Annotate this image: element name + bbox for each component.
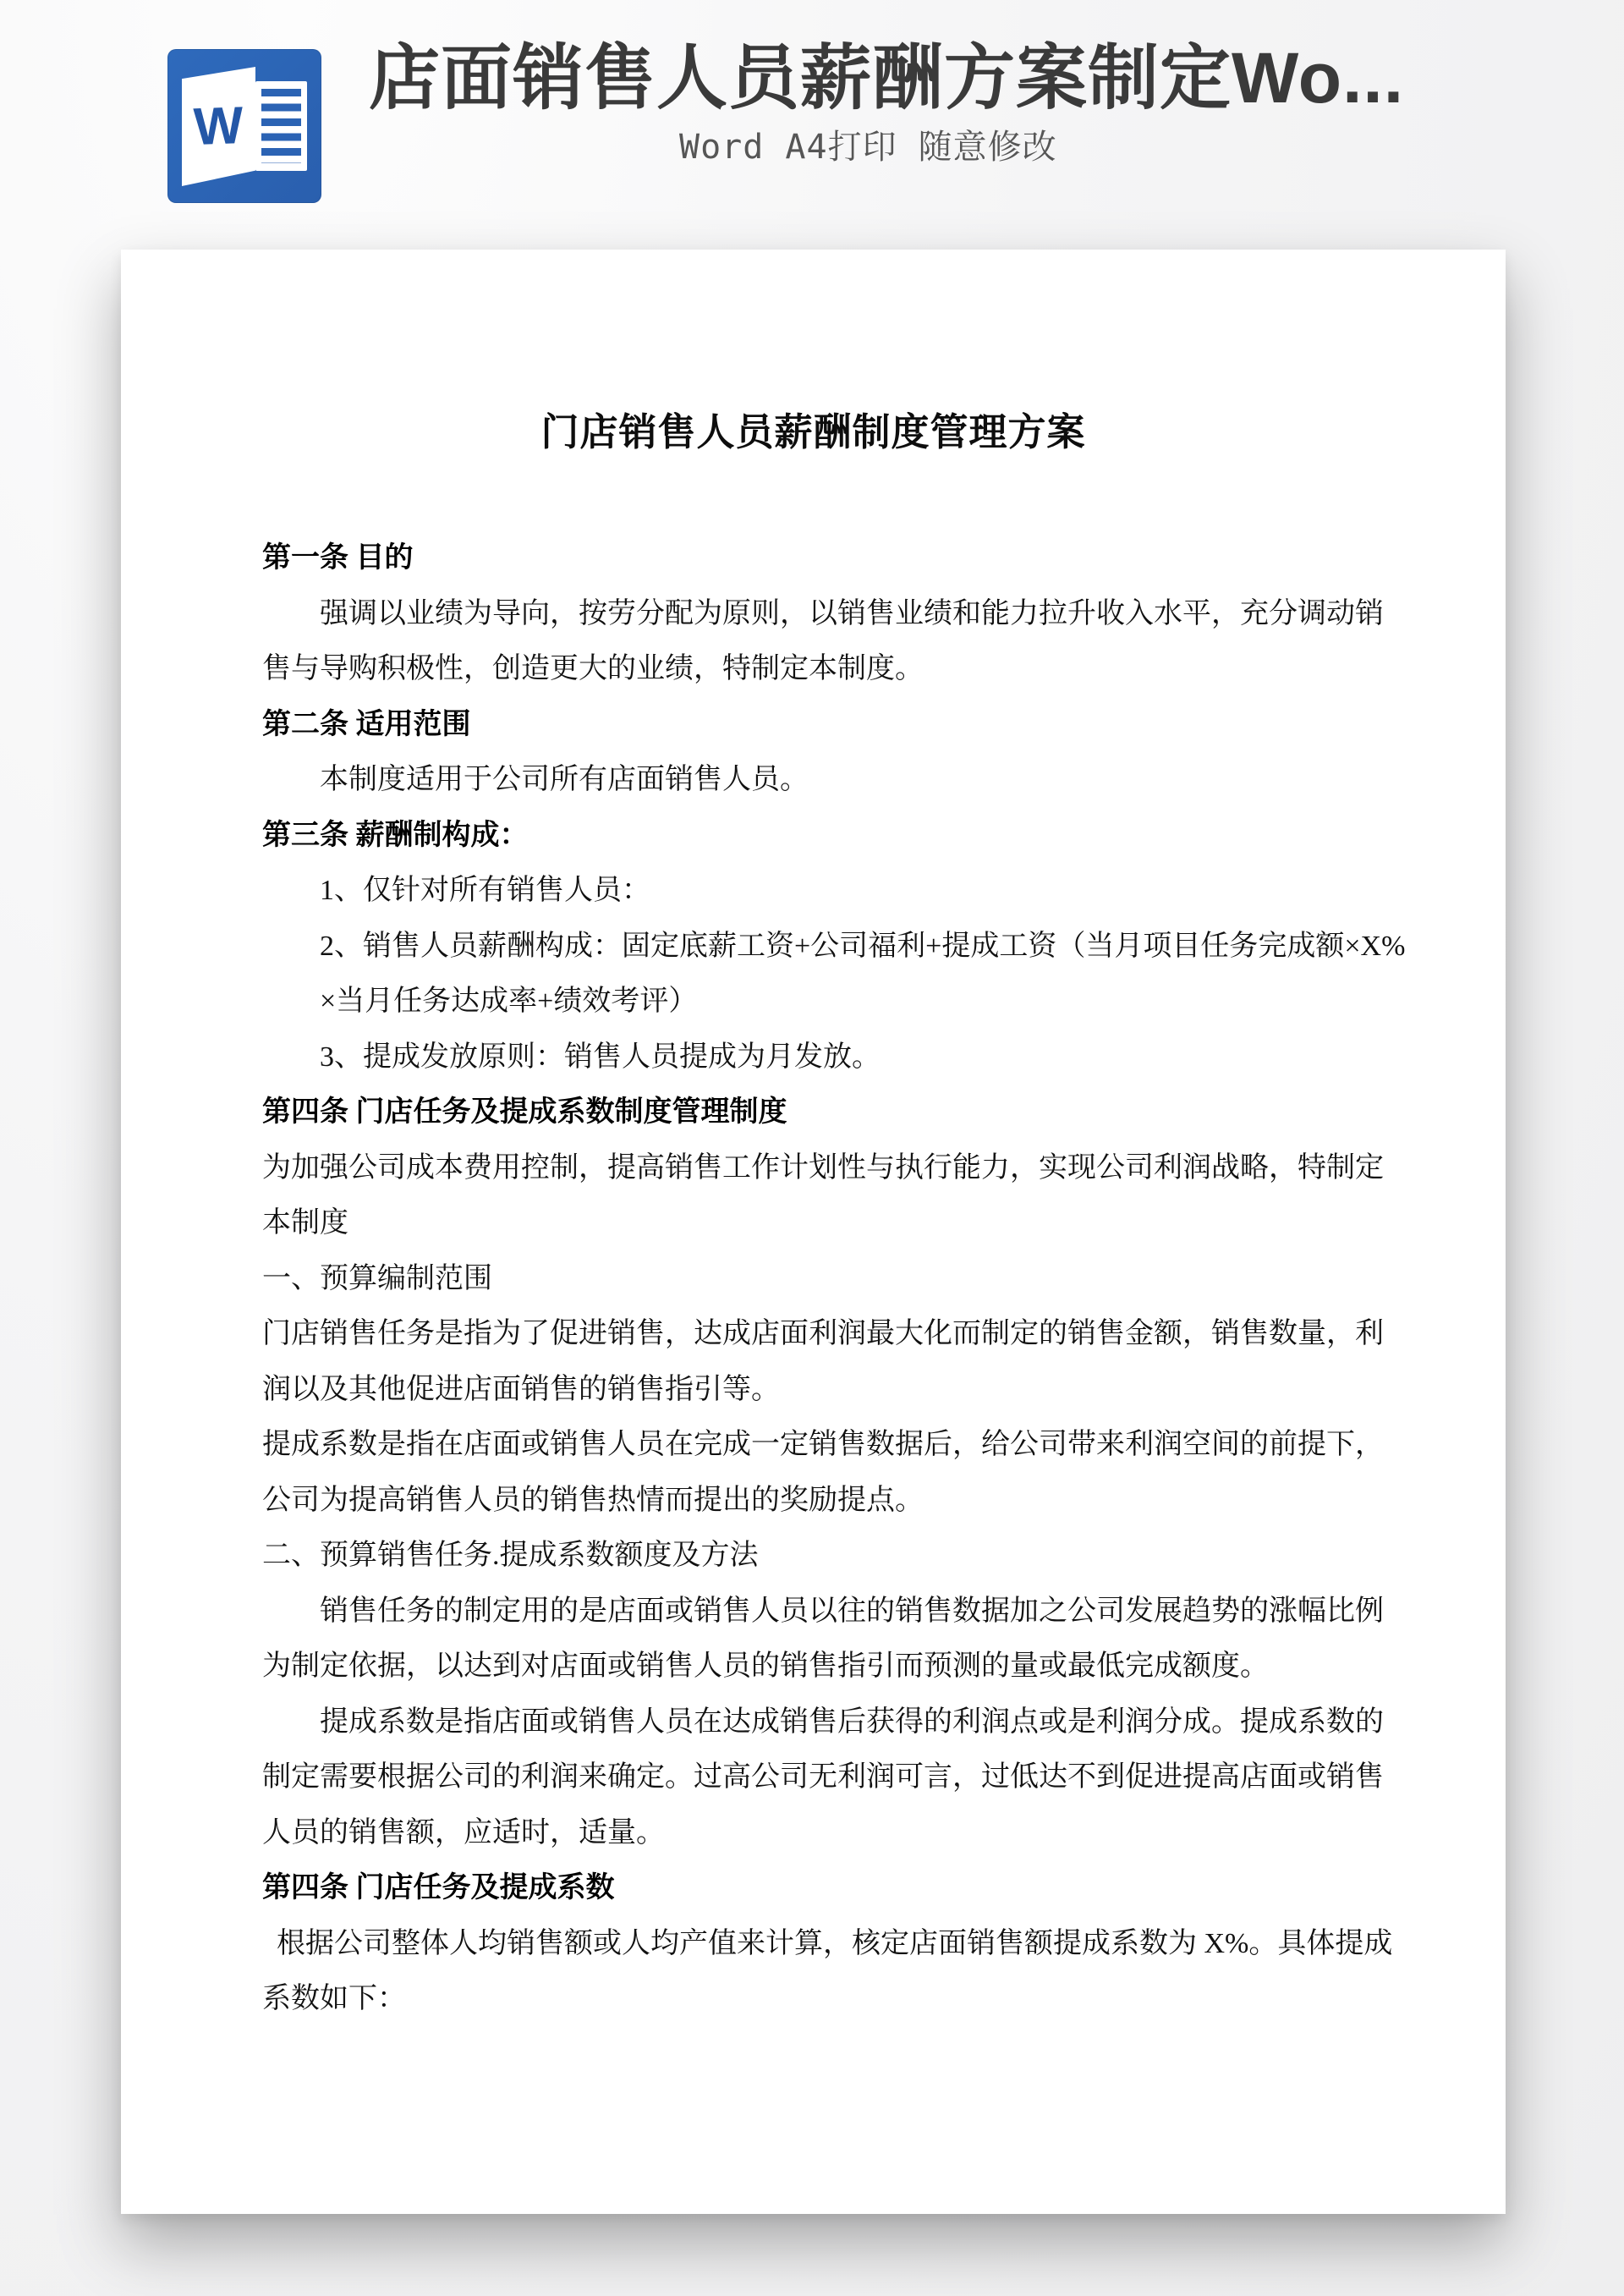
word-icon-text-lines xyxy=(261,89,301,163)
document-text-line: 提成系数是指店面或销售人员在达成销售后获得的利润点或是利润分成。提成系数的 xyxy=(262,1695,1438,1750)
document-heading-line: 第三条 薪酬制构成： xyxy=(262,808,1438,864)
document-text-line: 门店销售任务是指为了促进销售，达成店面利润最大化而制定的销售金额，销售数量，利 xyxy=(262,1306,1438,1362)
template-header: W 店面销售人员薪酬方案制定Wo... Word A4打印 随意修改 xyxy=(0,0,1624,250)
document-text-line: 售与导购积极性，创造更大的业绩，特制定本制度。 xyxy=(262,641,1438,697)
document-text-line: 为制定依据，以达到对店面或销售人员的销售指引而预测的量或最低完成额度。 xyxy=(262,1639,1438,1695)
template-title: 店面销售人员薪酬方案制定Wo... xyxy=(369,37,1404,118)
document-text-line: 系数如下： xyxy=(262,1971,1438,2027)
word-icon-w-letter: W xyxy=(193,99,244,153)
preview-stage: W 店面销售人员薪酬方案制定Wo... Word A4打印 随意修改 门店销售人… xyxy=(0,0,1624,2296)
document-text-line: 本制度适用于公司所有店面销售人员。 xyxy=(262,752,1438,808)
document-text-line: 二、预算销售任务.提成系数额度及方法 xyxy=(262,1528,1438,1584)
document-text-line: 强调以业绩为导向，按劳分配为原则，以销售业绩和能力拉升收入水平，充分调动销 xyxy=(262,586,1438,642)
word-icon-document-sheet xyxy=(255,81,307,171)
template-subtitle: Word A4打印 随意修改 xyxy=(679,125,1057,169)
document-body: 第一条 目的强调以业绩为导向，按劳分配为原则，以销售业绩和能力拉升收入水平，充分… xyxy=(121,530,1506,2027)
document-text-line: 公司为提高销售人员的销售热情而提出的奖励提点。 xyxy=(262,1473,1438,1529)
document-text-line: 润以及其他促进店面销售的销售指引等。 xyxy=(262,1362,1438,1418)
document-text-line: 制定需要根据公司的利润来确定。过高公司无利润可言，过低达不到促进提高店面或销售 xyxy=(262,1749,1438,1805)
document-text-line: 为加强公司成本费用控制，提高销售工作计划性与执行能力，实现公司利润战略，特制定 xyxy=(262,1140,1438,1196)
document-title: 门店销售人员薪酬制度管理方案 xyxy=(121,404,1506,460)
document-text-line: 提成系数是指在店面或销售人员在完成一定销售数据后，给公司带来利润空间的前提下， xyxy=(262,1417,1438,1473)
document-text-line: 本制度 xyxy=(262,1195,1438,1251)
document-text-line: 销售任务的制定用的是店面或销售人员以往的销售数据加之公司发展趋势的涨幅比例 xyxy=(262,1584,1438,1640)
document-text-line: 1、仅针对所有销售人员： xyxy=(262,863,1438,919)
document-text-line: ×当月任务达成率+绩效考评） xyxy=(262,974,1438,1030)
word-app-icon: W xyxy=(167,49,321,203)
document-text-line: 根据公司整体人均销售额或人均产值来计算，核定店面销售额提成系数为 X%。具体提成 xyxy=(262,1916,1438,1972)
document-text-line: 一、预算编制范围 xyxy=(262,1251,1438,1307)
document-heading-line: 第二条 适用范围 xyxy=(262,697,1438,753)
word-icon-page-fold: W xyxy=(182,67,255,186)
document-page: 门店销售人员薪酬制度管理方案 第一条 目的强调以业绩为导向，按劳分配为原则，以销… xyxy=(121,250,1506,2214)
document-heading-line: 第四条 门店任务及提成系数 xyxy=(262,1860,1438,1916)
document-text-line: 人员的销售额，应适时，适量。 xyxy=(262,1805,1438,1861)
document-heading-line: 第一条 目的 xyxy=(262,530,1438,586)
document-text-line: 3、提成发放原则：销售人员提成为月发放。 xyxy=(262,1030,1438,1085)
document-heading-line: 第四条 门店任务及提成系数制度管理制度 xyxy=(262,1085,1438,1140)
document-text-line: 2、销售人员薪酬构成：固定底薪工资+公司福利+提成工资（当月项目任务完成额×X% xyxy=(262,919,1438,975)
